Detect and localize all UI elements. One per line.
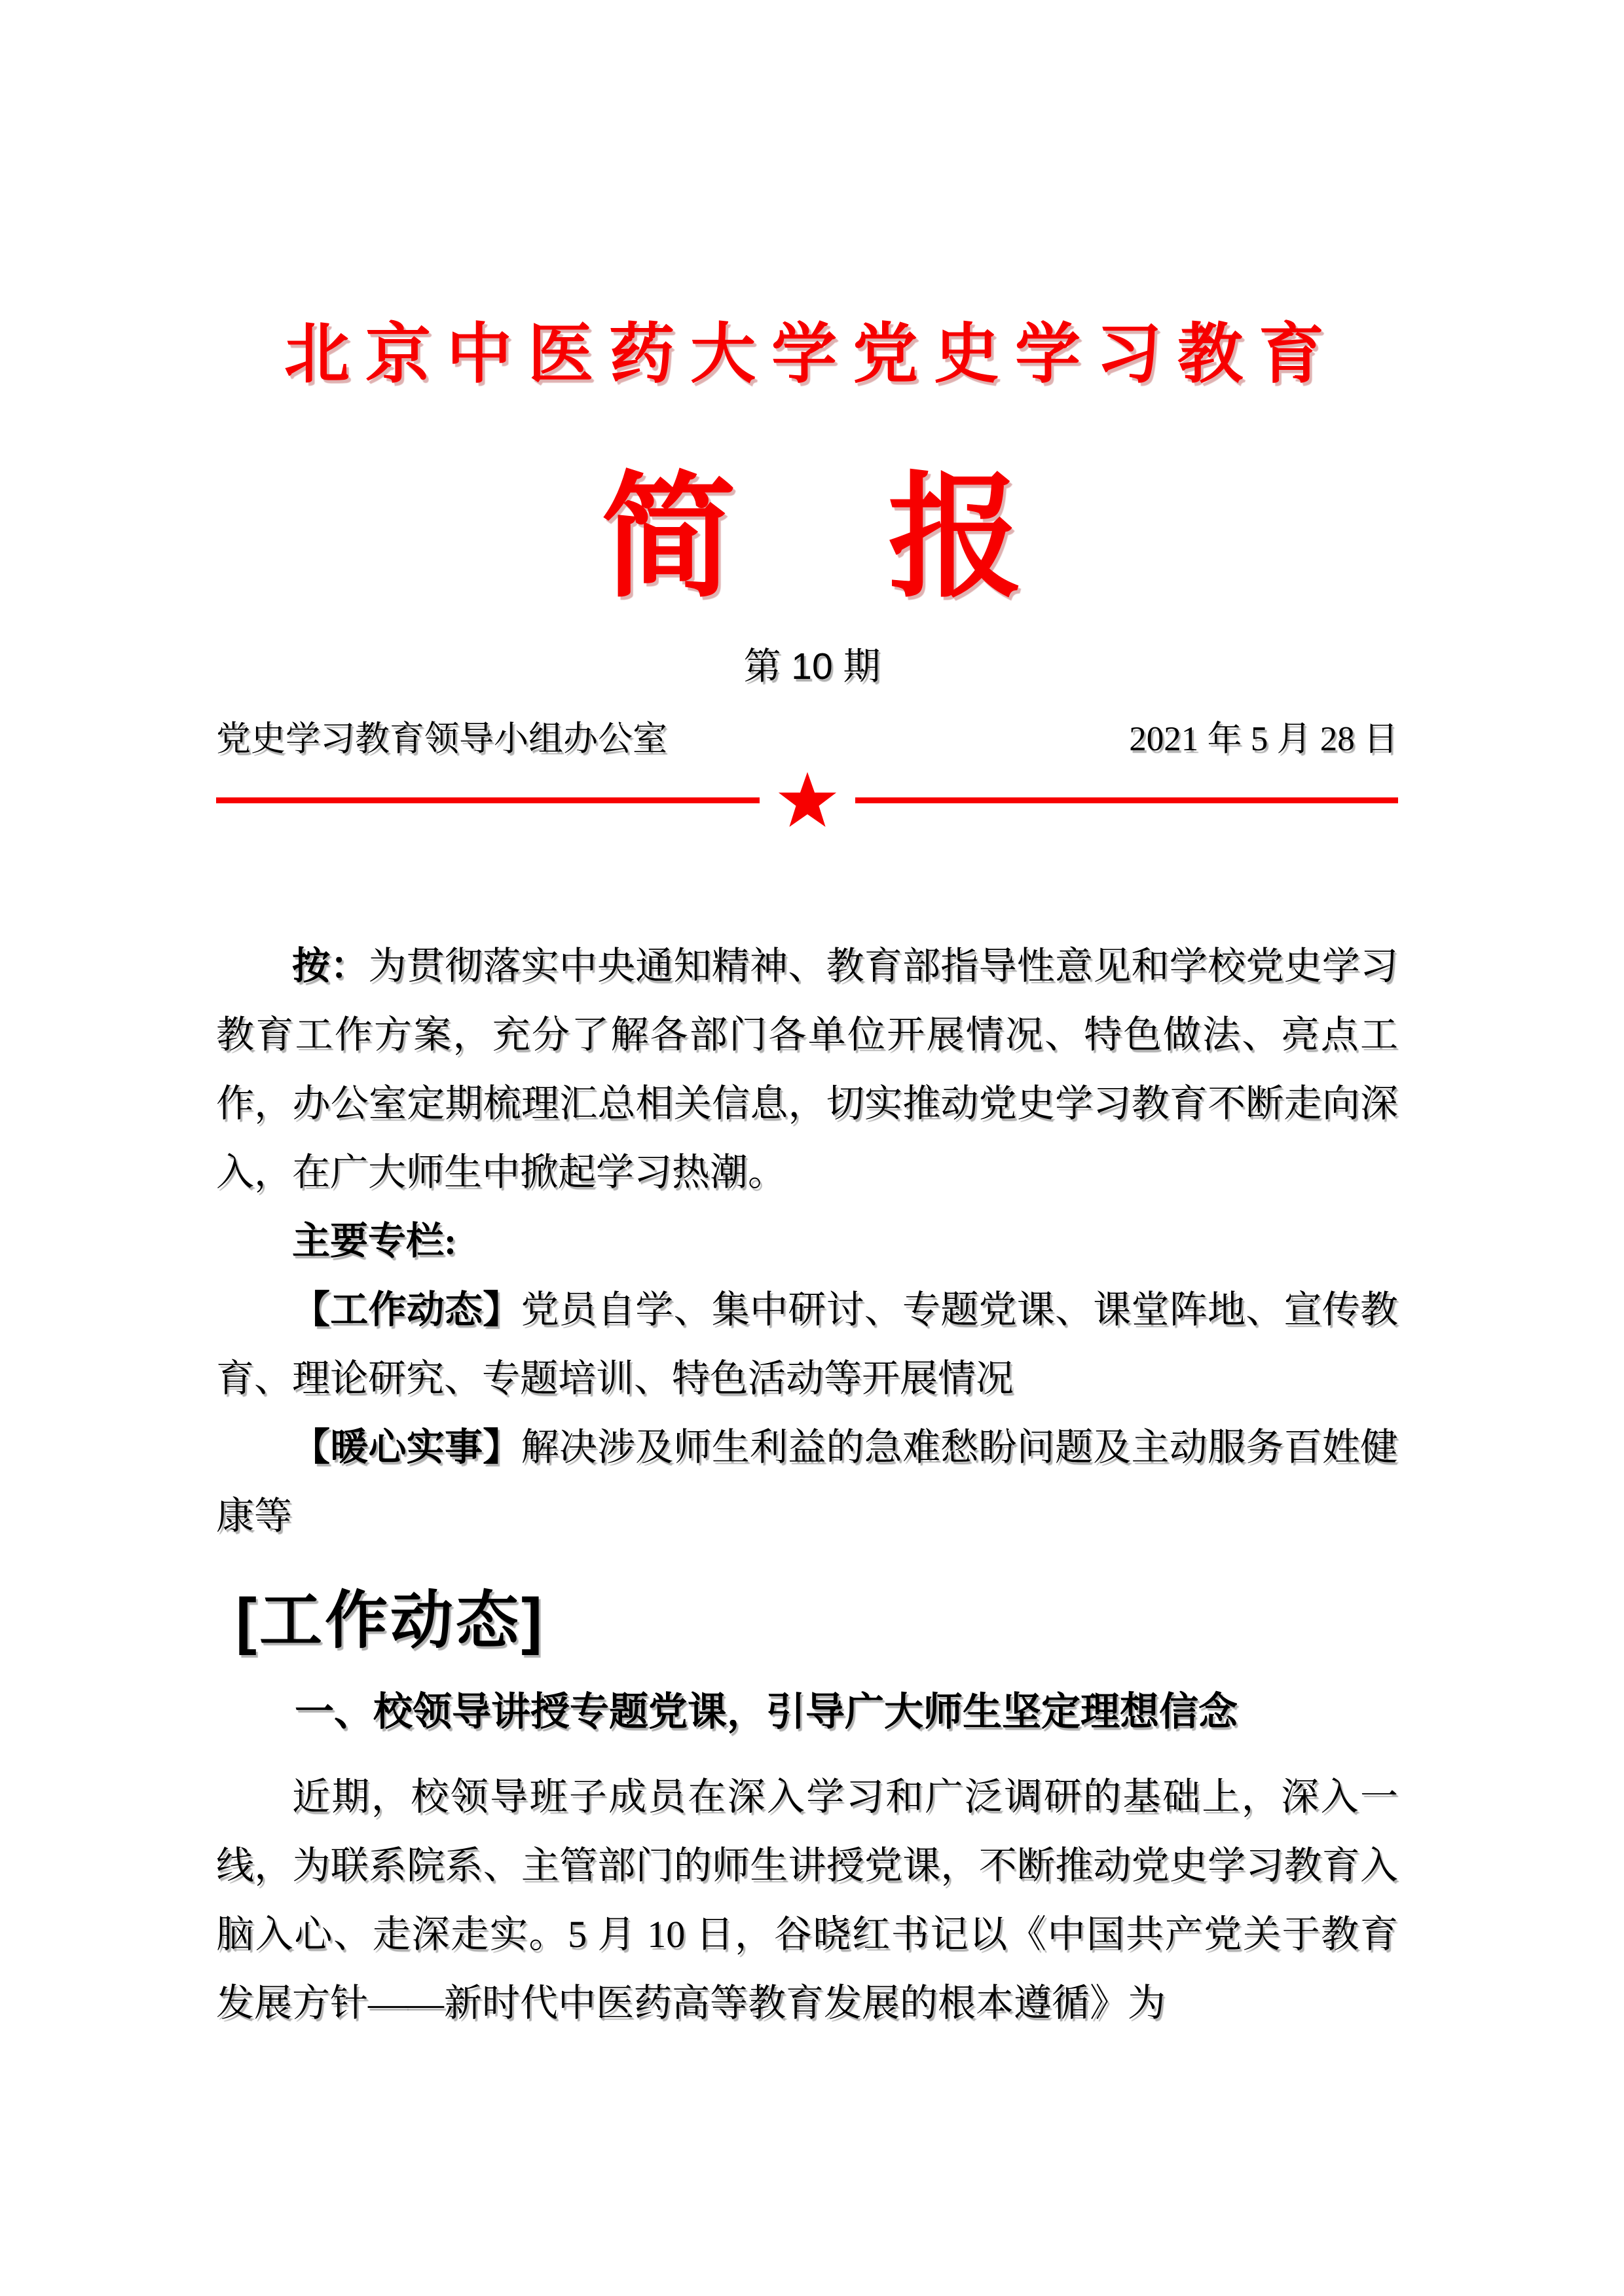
issue-date: 2021 年 5 月 28 日	[1129, 718, 1398, 761]
divider-rule-right	[855, 797, 1399, 803]
column-item-warm-deeds: 【暖心实事】解决涉及师生利益的急难愁盼问题及主动服务百姓健康等	[216, 1413, 1398, 1550]
bulletin-content: 按：为贯彻落实中央通知精神、教育部指导性意见和学校党史学习教育工作方案，充分了解…	[216, 932, 1398, 2038]
bulletin-page: 北京中医药大学党史学习教育 简 报 第 10 期 党史学习教育领导小组办公室 2…	[0, 0, 1624, 2296]
masthead-org-title: 北京中医药大学党史学习教育	[0, 0, 1624, 388]
divider-rule-left	[216, 797, 760, 803]
bulletin-char-jian: 简	[601, 471, 736, 606]
issuing-office: 党史学习教育领导小组办公室	[216, 718, 667, 761]
masthead-meta-row: 党史学习教育领导小组办公室 2021 年 5 月 28 日	[216, 718, 1398, 761]
bulletin-char-bao: 报	[888, 471, 1023, 606]
preface-lead-text: 为贯彻落实中央通知精神、教育部指导性意见和学校党史学习教育工作方案，充分了解各部…	[216, 945, 1398, 1194]
section-heading-work-trends: [工作动态]	[236, 1586, 1398, 1656]
red-star-icon	[777, 772, 838, 829]
masthead-bulletin-title: 简 报	[0, 471, 1624, 606]
section-item-title: 一、校领导讲授专题党课，引导广大师生坚定理想信念	[216, 1686, 1398, 1738]
section-item-paragraph: 近期，校领导班子成员在深入学习和广泛调研的基础上，深入一线，为联系院系、主管部门…	[216, 1762, 1398, 2037]
preface-paragraph: 按：为贯彻落实中央通知精神、教育部指导性意见和学校党史学习教育工作方案，充分了解…	[216, 932, 1398, 1207]
masthead-divider	[216, 769, 1398, 832]
column-tag-work-trends: 【工作动态】	[292, 1288, 521, 1331]
issue-number: 第 10 期	[0, 644, 1624, 689]
column-tag-warm-deeds: 【暖心实事】	[292, 1426, 521, 1468]
preface-lead-label: 按：	[292, 945, 369, 987]
column-item-work-trends: 【工作动态】党员自学、集中研讨、专题党课、课堂阵地、宣传教育、理论研究、专题培训…	[216, 1275, 1398, 1413]
columns-label: 主要专栏:	[216, 1207, 1398, 1275]
